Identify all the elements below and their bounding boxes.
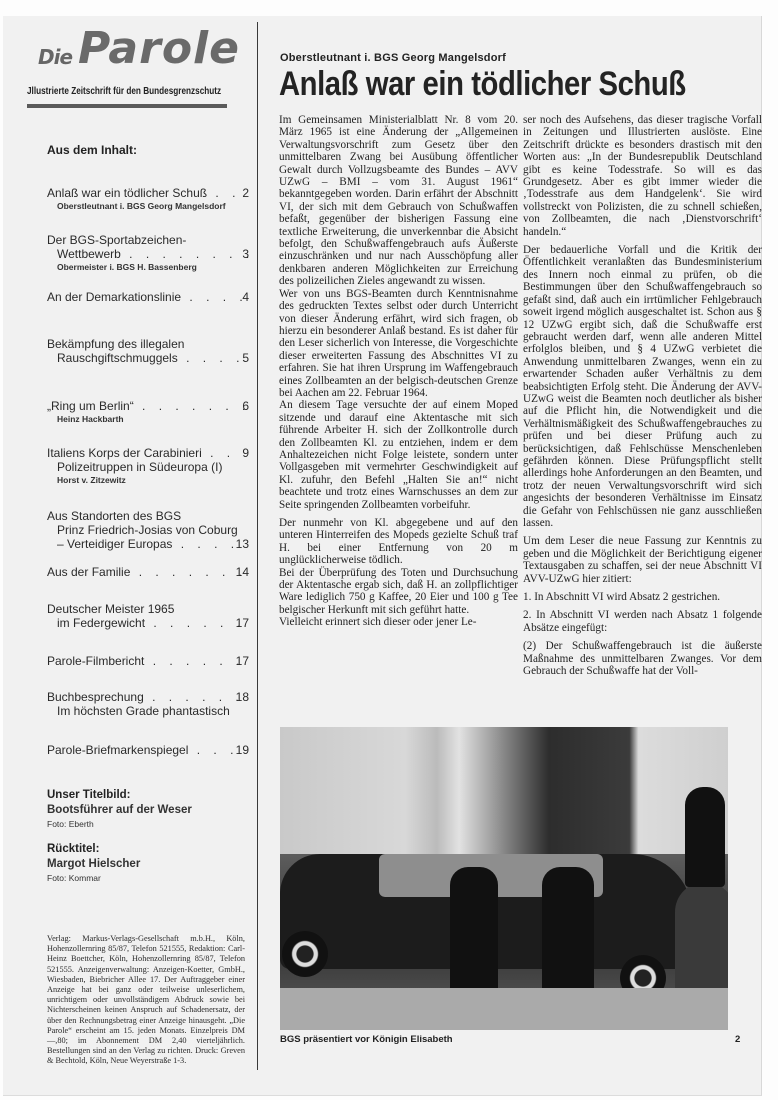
- toc-title: Bekämpfung des illegalen: [47, 337, 184, 351]
- article-column-1: Im Gemeinsamen Ministerialblatt Nr. 8 vo…: [279, 114, 518, 719]
- toc-title: – Verteidiger Europas: [57, 537, 172, 551]
- toc-item[interactable]: Parole-Briefmarkenspiegel . . .19: [47, 743, 249, 757]
- paragraph: Um dem Leser die neue Fassung zur Kenntn…: [523, 535, 762, 585]
- toc-page: 6: [242, 399, 249, 413]
- paragraph: Wer von uns BGS-Beamten durch Kenntnisna…: [279, 288, 518, 400]
- logo-parole: Parole: [78, 23, 240, 74]
- toc-title: Parole-Briefmarkenspiegel: [47, 743, 188, 757]
- toc-title: Im höchsten Grade phantastisch: [57, 704, 230, 718]
- paragraph: Vielleicht erinnert sich dieser oder jen…: [279, 616, 518, 628]
- back-cover-subject: Margot Hielscher: [47, 857, 247, 872]
- paragraph: Der bedauerliche Vorfall und die Kritik …: [523, 244, 762, 529]
- toc-title: Wettbewerb: [57, 247, 121, 261]
- masthead-subtitle: Jllustrierte Zeitschrift für den Bundesg…: [27, 86, 221, 97]
- paragraph: ser noch des Aufsehens, das dieser tragi…: [523, 114, 762, 238]
- toc-item[interactable]: Bekämpfung des illegalen Rauschgiftschmu…: [47, 337, 249, 365]
- toc-page: 14: [236, 565, 249, 579]
- front-cover-photo-credit: Foto: Eberth: [47, 818, 247, 830]
- column-divider: [257, 22, 258, 1070]
- toc-page: 17: [236, 654, 249, 668]
- back-cover-photo-credit: Foto: Kommar: [47, 872, 247, 884]
- page-number: 2: [735, 1034, 740, 1045]
- masthead-rule: [27, 104, 227, 108]
- impressum: Verlag: Markus-Verlags-Gesellschaft m.b.…: [47, 934, 245, 1067]
- toc-title: Prinz Friedrich-Josias von Coburg: [57, 523, 238, 537]
- toc-page: 3: [242, 247, 249, 261]
- toc-page: 17: [236, 616, 249, 630]
- toc-author: Heinz Hackbarth: [47, 413, 249, 425]
- paragraph: An diesem Tage versuchte der auf einem M…: [279, 399, 518, 511]
- toc-title: Polizeitruppen in Südeuropa (I): [57, 460, 222, 474]
- toc-title: Deutscher Meister 1965: [47, 602, 174, 616]
- toc-title: Anlaß war ein tödlicher Schuß: [47, 186, 207, 200]
- toc-title: Aus Standorten des BGS: [47, 509, 181, 523]
- toc-page: 19: [236, 743, 249, 757]
- front-cover-subject: Bootsführer auf der Weser: [47, 803, 247, 818]
- article-column-2: ser noch des Aufsehens, das dieser tragi…: [523, 114, 762, 719]
- toc-item[interactable]: Buchbesprechung . . . . . .18 Im höchste…: [47, 690, 249, 718]
- toc-item[interactable]: Italiens Korps der Carabinieri . .9 Poli…: [47, 446, 249, 486]
- toc-page: 5: [242, 351, 249, 365]
- front-cover-info: Unser Titelbild: Bootsführer auf der Wes…: [47, 788, 247, 830]
- toc-page: 18: [236, 690, 249, 704]
- logo-die: Die: [38, 45, 72, 69]
- paragraph: 2. In Abschnitt VI werden nach Absatz 1 …: [523, 609, 762, 634]
- photo-building: [280, 727, 728, 854]
- toc-author: Obermeister i. BGS H. Bassenberg: [47, 261, 249, 273]
- toc-author: Oberstleutnant i. BGS Georg Mangelsdorf: [47, 200, 249, 212]
- toc-title: Italiens Korps der Carabinieri: [47, 446, 202, 460]
- paragraph: 1. In Abschnitt VI wird Absatz 2 gestric…: [523, 591, 762, 603]
- toc-page: 9: [242, 446, 249, 460]
- toc-heading: Aus dem Inhalt:: [47, 143, 137, 157]
- front-cover-heading: Unser Titelbild:: [47, 788, 247, 803]
- toc-item[interactable]: Anlaß war ein tödlicher Schuß . .2 Obers…: [47, 186, 249, 212]
- paragraph: Der nunmehr von Kl. abgegebene und auf d…: [279, 517, 518, 567]
- toc-title: Buchbesprechung: [47, 690, 144, 704]
- toc-author: Horst v. Zitzewitz: [47, 474, 249, 486]
- toc-item[interactable]: Aus der Familie . . . . . . .14: [47, 565, 249, 579]
- article-photo: [280, 727, 728, 1030]
- toc-item[interactable]: Deutscher Meister 1965 im Federgewicht .…: [47, 602, 249, 630]
- toc-title: Aus der Familie: [47, 565, 130, 579]
- toc-item[interactable]: „Ring um Berlin“ . . . . . . .6 Heinz Ha…: [47, 399, 249, 425]
- toc-item[interactable]: Aus Standorten des BGS Prinz Friedrich-J…: [47, 509, 249, 551]
- toc-title: „Ring um Berlin“: [47, 399, 134, 413]
- toc-title: Parole-Filmbericht: [47, 654, 144, 668]
- toc-item[interactable]: Parole-Filmbericht . . . . . .17: [47, 654, 249, 668]
- toc-page: 4: [242, 290, 249, 304]
- toc-title: Rauschgiftschmuggels: [57, 351, 178, 365]
- back-cover-info: Rücktitel: Margot Hielscher Foto: Kommar: [47, 842, 247, 884]
- photo-caption: BGS präsentiert vor Königin Elisabeth: [280, 1034, 453, 1045]
- toc-item[interactable]: Der BGS-Sportabzeichen- Wettbewerb . . .…: [47, 233, 249, 273]
- toc-title: An der Demarkationslinie: [47, 290, 181, 304]
- article-headline: Anlaß war ein tödlicher Schuß: [279, 64, 686, 104]
- paragraph: (2) Der Schußwaffengebrauch ist die äuße…: [523, 640, 762, 677]
- article-byline: Oberstleutnant i. BGS Georg Mangelsdorf: [280, 52, 506, 64]
- toc-page: 2: [242, 186, 249, 200]
- photo-wheel: [282, 931, 328, 977]
- photo-ground: [280, 988, 728, 1030]
- photo-person: [685, 787, 725, 887]
- toc-item[interactable]: An der Demarkationslinie . . . .4: [47, 290, 249, 304]
- paragraph: Bei der Überprüfung des Toten und Durchs…: [279, 567, 518, 617]
- toc-page: 13: [236, 537, 249, 551]
- toc-title: im Federgewicht: [57, 616, 145, 630]
- paragraph: Im Gemeinsamen Ministerialblatt Nr. 8 vo…: [279, 114, 518, 288]
- masthead-logo: Die Parole: [38, 29, 238, 79]
- back-cover-heading: Rücktitel:: [47, 842, 247, 857]
- toc-title: Der BGS-Sportabzeichen-: [47, 233, 186, 247]
